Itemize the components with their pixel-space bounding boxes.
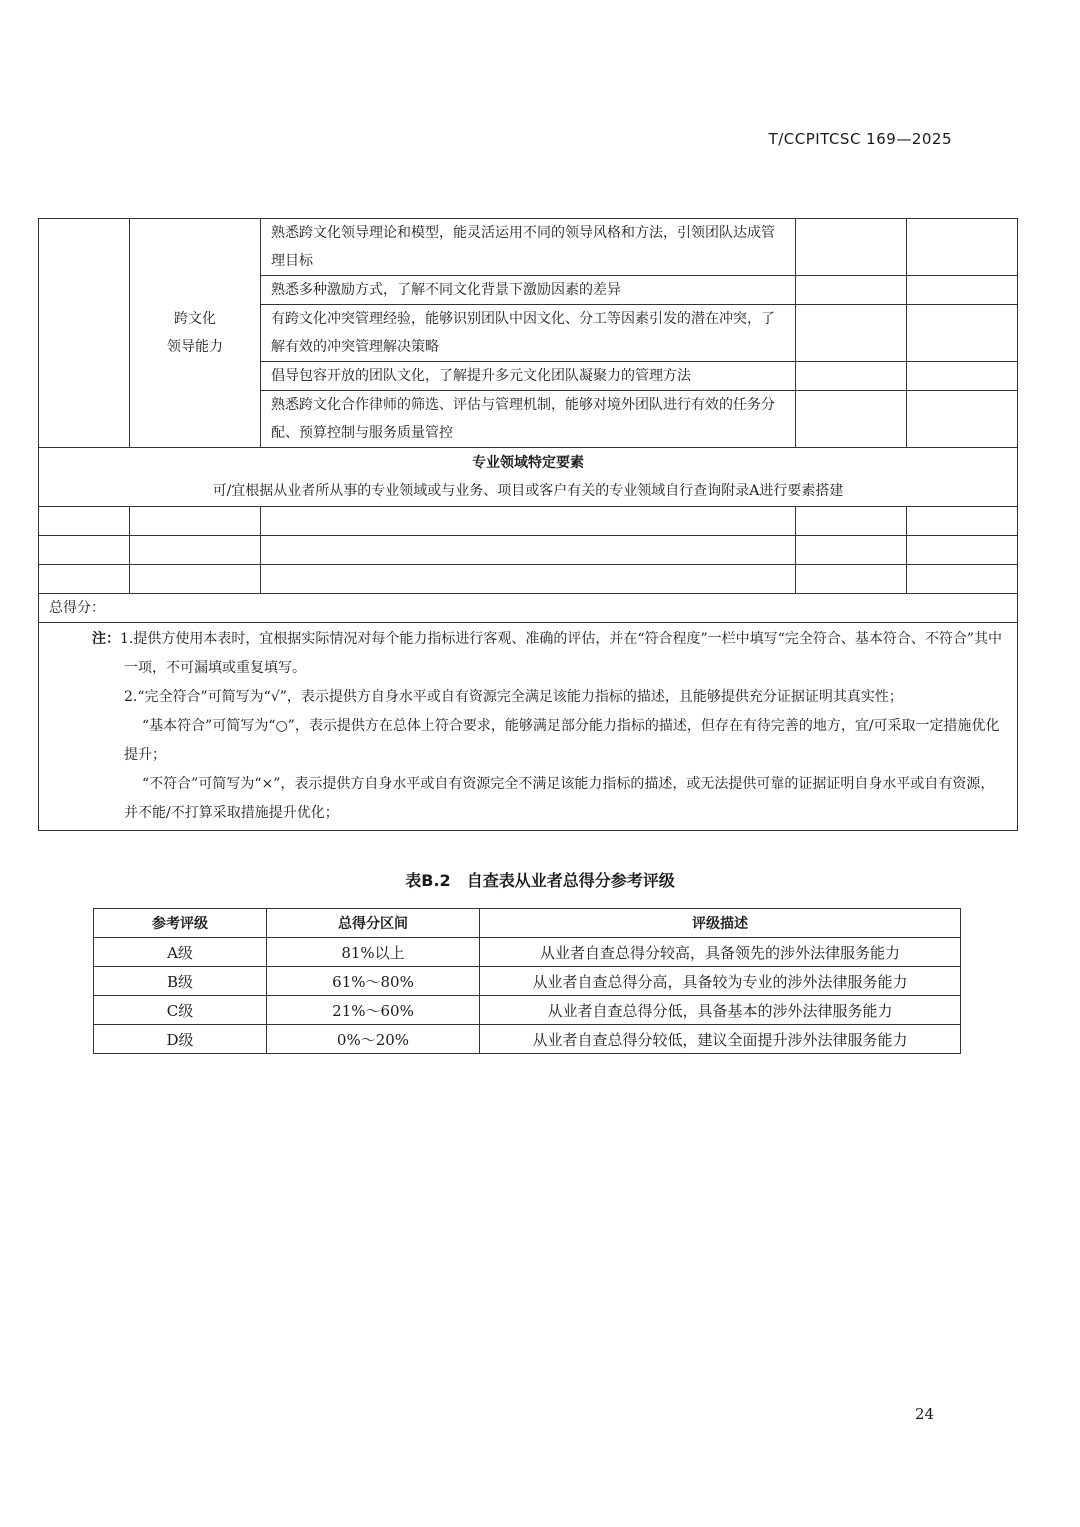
- note-1: 注：1.提供方使用本表时，宜根据实际情况对每个能力指标进行客观、准确的评估，并在…: [49, 625, 1007, 683]
- empty-row: [39, 507, 1018, 536]
- grade-cell: C级: [94, 996, 267, 1025]
- empty-cell[interactable]: [796, 565, 907, 594]
- note-1-text: 1.提供方使用本表时，宜根据实际情况对每个能力指标进行客观、准确的评估，并在“符…: [120, 631, 1002, 676]
- column-header: 参考评级: [94, 909, 267, 938]
- compliance-cell[interactable]: [796, 362, 907, 391]
- remark-cell[interactable]: [907, 219, 1018, 276]
- compliance-cell[interactable]: [796, 276, 907, 305]
- table-row: D级 0%～20% 从业者自查总得分较低，建议全面提升涉外法律服务能力: [94, 1025, 961, 1054]
- empty-row: [39, 565, 1018, 594]
- category-cell: [39, 219, 130, 448]
- description-cell: 从业者自查总得分较高，具备领先的涉外法律服务能力: [480, 938, 961, 967]
- section-header: 专业领域特定要素 可/宜根据从业者所从事的专业领域或与业务、项目或客户有关的专业…: [39, 448, 1018, 507]
- self-check-table: 跨文化 领导能力 熟悉跨文化领导理论和模型，能灵活运用不同的领导风格和方法，引领…: [38, 218, 1018, 831]
- table-row: C级 21%～60% 从业者自查总得分低，具备基本的涉外法律服务能力: [94, 996, 961, 1025]
- empty-cell[interactable]: [796, 536, 907, 565]
- section-description: 可/宜根据从业者所从事的专业领域或与业务、项目或客户有关的专业领域自行查询附录A…: [39, 477, 1017, 505]
- section-row: 专业领域特定要素 可/宜根据从业者所从事的专业领域或与业务、项目或客户有关的专业…: [39, 448, 1018, 507]
- empty-cell[interactable]: [39, 536, 130, 565]
- empty-cell[interactable]: [130, 565, 261, 594]
- group-label-line2: 领导能力: [140, 333, 250, 361]
- page-number: 24: [915, 1405, 934, 1423]
- empty-row: [39, 536, 1018, 565]
- note-label: 注：: [92, 631, 120, 647]
- criterion-text: 熟悉跨文化领导理论和模型，能灵活运用不同的领导风格和方法，引领团队达成管理目标: [261, 219, 796, 276]
- criterion-text: 熟悉多种激励方式，了解不同文化背景下激励因素的差异: [261, 276, 796, 305]
- range-cell: 61%～80%: [267, 967, 480, 996]
- total-score-label: 总得分：: [39, 594, 1018, 623]
- empty-cell[interactable]: [261, 536, 796, 565]
- header-row: 参考评级 总得分区间 评级描述: [94, 909, 961, 938]
- table-row: 跨文化 领导能力 熟悉跨文化领导理论和模型，能灵活运用不同的领导风格和方法，引领…: [39, 219, 1018, 276]
- notes-cell: 注：1.提供方使用本表时，宜根据实际情况对每个能力指标进行客观、准确的评估，并在…: [39, 623, 1018, 831]
- grade-cell: A级: [94, 938, 267, 967]
- compliance-cell[interactable]: [796, 305, 907, 362]
- description-cell: 从业者自查总得分低，具备基本的涉外法律服务能力: [480, 996, 961, 1025]
- notes-row: 注：1.提供方使用本表时，宜根据实际情况对每个能力指标进行客观、准确的评估，并在…: [39, 623, 1018, 831]
- document-id: T/CCPITCSC 169—2025: [769, 130, 952, 148]
- empty-cell[interactable]: [261, 565, 796, 594]
- empty-cell[interactable]: [39, 507, 130, 536]
- group-label-cell: 跨文化 领导能力: [130, 219, 261, 448]
- column-header: 评级描述: [480, 909, 961, 938]
- criterion-text: 倡导包容开放的团队文化，了解提升多元文化团队凝聚力的管理方法: [261, 362, 796, 391]
- empty-cell[interactable]: [907, 536, 1018, 565]
- compliance-cell[interactable]: [796, 391, 907, 448]
- range-cell: 81%以上: [267, 938, 480, 967]
- remark-cell[interactable]: [907, 391, 1018, 448]
- grade-cell: D级: [94, 1025, 267, 1054]
- note-3: “基本符合”可简写为“○”，表示提供方在总体上符合要求，能够满足部分能力指标的描…: [49, 712, 1007, 770]
- criterion-text: 熟悉跨文化合作律师的筛选、评估与管理机制，能够对境外团队进行有效的任务分配、预算…: [261, 391, 796, 448]
- description-cell: 从业者自查总得分较低，建议全面提升涉外法律服务能力: [480, 1025, 961, 1054]
- description-cell: 从业者自查总得分高，具备较为专业的涉外法律服务能力: [480, 967, 961, 996]
- total-row: 总得分：: [39, 594, 1018, 623]
- empty-cell[interactable]: [907, 507, 1018, 536]
- grade-cell: B级: [94, 967, 267, 996]
- column-header: 总得分区间: [267, 909, 480, 938]
- empty-cell[interactable]: [261, 507, 796, 536]
- remark-cell[interactable]: [907, 362, 1018, 391]
- range-cell: 21%～60%: [267, 996, 480, 1025]
- criterion-text: 有跨文化冲突管理经验，能够识别团队中因文化、分工等因素引发的潜在冲突，了解有效的…: [261, 305, 796, 362]
- empty-cell[interactable]: [130, 536, 261, 565]
- empty-cell[interactable]: [796, 507, 907, 536]
- table-row: B级 61%～80% 从业者自查总得分高，具备较为专业的涉外法律服务能力: [94, 967, 961, 996]
- group-label-line1: 跨文化: [140, 305, 250, 333]
- section-title: 专业领域特定要素: [39, 449, 1017, 477]
- range-cell: 0%～20%: [267, 1025, 480, 1054]
- table-caption: 表B.2 自查表从业者总得分参考评级: [0, 868, 1080, 891]
- remark-cell[interactable]: [907, 305, 1018, 362]
- empty-cell[interactable]: [130, 507, 261, 536]
- remark-cell[interactable]: [907, 276, 1018, 305]
- note-2: 2.“完全符合”可简写为“√”，表示提供方自身水平或自有资源完全满足该能力指标的…: [49, 683, 1007, 712]
- table-row: A级 81%以上 从业者自查总得分较高，具备领先的涉外法律服务能力: [94, 938, 961, 967]
- note-4: “不符合”可简写为“×”，表示提供方自身水平或自有资源完全不满足该能力指标的描述…: [49, 770, 1007, 828]
- empty-cell[interactable]: [39, 565, 130, 594]
- compliance-cell[interactable]: [796, 219, 907, 276]
- grade-table: 参考评级 总得分区间 评级描述 A级 81%以上 从业者自查总得分较高，具备领先…: [93, 908, 961, 1054]
- empty-cell[interactable]: [907, 565, 1018, 594]
